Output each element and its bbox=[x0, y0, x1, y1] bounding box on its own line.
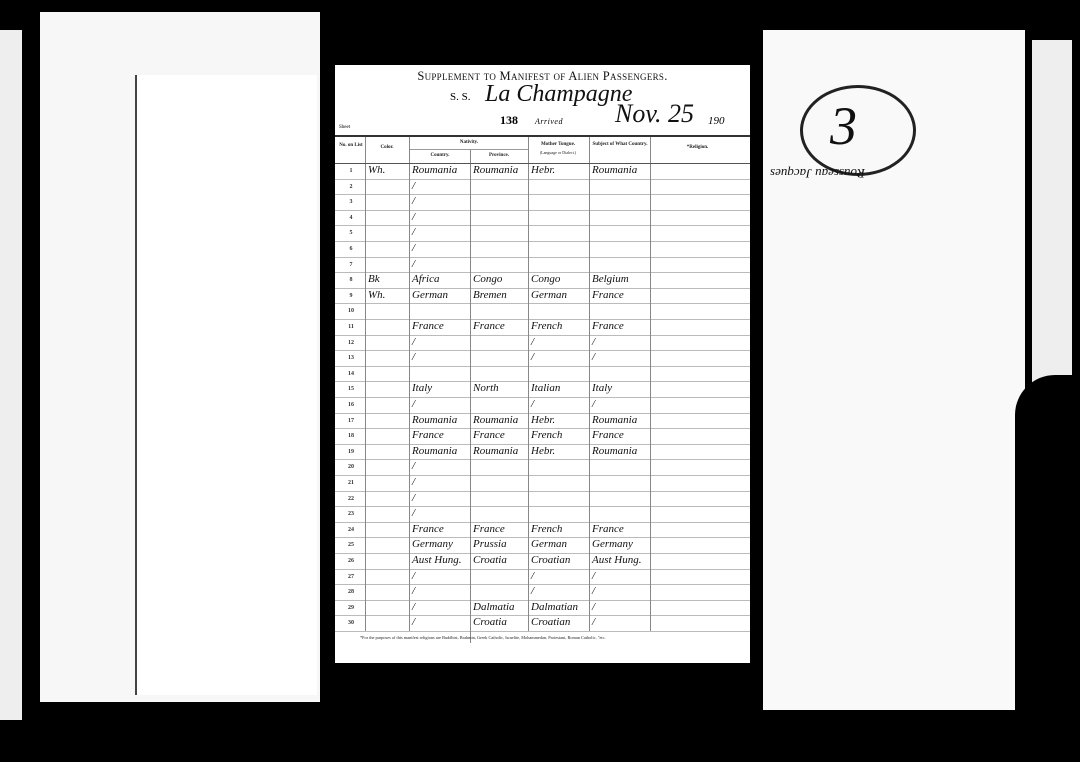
header-mother-tongue: Mother Tongue. bbox=[528, 142, 588, 147]
cell-country: Africa bbox=[412, 273, 440, 285]
column-divider bbox=[528, 137, 529, 631]
cell-tongue: / bbox=[531, 585, 534, 597]
right-page-notes: Rousseau Jacques bbox=[770, 165, 865, 181]
row-number: 10 bbox=[341, 308, 361, 314]
row-number: 15 bbox=[341, 386, 361, 392]
cell-tongue: Croatian bbox=[531, 554, 570, 566]
list-number: 138 bbox=[500, 113, 518, 128]
cell-subject: / bbox=[592, 336, 595, 348]
stamp-number: 3 bbox=[830, 95, 857, 157]
cell-country: / bbox=[412, 195, 415, 207]
cell-country: / bbox=[412, 507, 415, 519]
cell-tongue: French bbox=[531, 320, 562, 332]
cell-tongue: Hebr. bbox=[531, 445, 555, 457]
column-divider bbox=[650, 137, 651, 631]
footnote: *For the purposes of this manifest relig… bbox=[360, 635, 606, 640]
cell-subject: / bbox=[592, 570, 595, 582]
cell-province: Congo bbox=[473, 273, 502, 285]
cell-country: / bbox=[412, 601, 415, 613]
cell-tongue: German bbox=[531, 538, 567, 550]
cell-tongue: Dalmatian bbox=[531, 601, 578, 613]
cell-tongue: Hebr. bbox=[531, 164, 555, 176]
row-number: 20 bbox=[341, 464, 361, 470]
cell-country: / bbox=[412, 398, 415, 410]
row-line bbox=[335, 241, 750, 242]
cell-subject: Germany bbox=[592, 538, 633, 550]
cell-subject: Belgium bbox=[592, 273, 629, 285]
cell-country: / bbox=[412, 351, 415, 363]
cell-tongue: Croatian bbox=[531, 616, 570, 628]
row-number: 2 bbox=[341, 184, 361, 190]
row-line bbox=[335, 210, 750, 211]
ss-label: S. S. bbox=[450, 91, 471, 103]
cell-subject: France bbox=[592, 320, 624, 332]
cell-subject: Roumania bbox=[592, 164, 637, 176]
row-line bbox=[335, 491, 750, 492]
cell-country: / bbox=[412, 570, 415, 582]
ship-name: La Champagne bbox=[485, 81, 632, 108]
row-line bbox=[335, 350, 750, 351]
row-line bbox=[335, 569, 750, 570]
cell-subject: / bbox=[592, 616, 595, 628]
cell-country: / bbox=[412, 180, 415, 192]
cell-province: France bbox=[473, 523, 505, 535]
cell-subject: France bbox=[592, 429, 624, 441]
cell-color: Bk bbox=[368, 273, 380, 285]
header-mother-tongue-sub: (Language or Dialect.) bbox=[528, 150, 588, 155]
row-line bbox=[335, 475, 750, 476]
cell-country: / bbox=[412, 460, 415, 472]
row-line bbox=[335, 397, 750, 398]
column-divider bbox=[470, 149, 471, 643]
row-number: 9 bbox=[341, 293, 361, 299]
cell-color: Wh. bbox=[368, 289, 385, 301]
cell-country: Aust Hung. bbox=[412, 554, 462, 566]
row-number: 21 bbox=[341, 480, 361, 486]
row-number: 24 bbox=[341, 527, 361, 533]
cell-tongue: / bbox=[531, 570, 534, 582]
cell-subject: / bbox=[592, 585, 595, 597]
cell-tongue: German bbox=[531, 289, 567, 301]
row-number: 29 bbox=[341, 605, 361, 611]
year-prefix: 190 bbox=[708, 115, 725, 127]
row-line bbox=[335, 303, 750, 304]
row-number: 13 bbox=[341, 355, 361, 361]
row-number: 28 bbox=[341, 589, 361, 595]
cell-subject: Aust Hung. bbox=[592, 554, 642, 566]
column-divider bbox=[409, 137, 410, 631]
row-number: 4 bbox=[341, 215, 361, 221]
row-number: 1 bbox=[341, 168, 361, 174]
row-number: 12 bbox=[341, 340, 361, 346]
row-line bbox=[335, 584, 750, 585]
row-number: 19 bbox=[341, 449, 361, 455]
cell-subject: / bbox=[592, 398, 595, 410]
cell-province: Dalmatia bbox=[473, 601, 515, 613]
row-number: 14 bbox=[341, 371, 361, 377]
cell-subject: / bbox=[592, 351, 595, 363]
row-line bbox=[335, 366, 750, 367]
cell-country: / bbox=[412, 492, 415, 504]
cell-country: Germany bbox=[412, 538, 453, 550]
cell-country: / bbox=[412, 242, 415, 254]
cell-province: Prussia bbox=[473, 538, 507, 550]
cell-tongue: / bbox=[531, 398, 534, 410]
cell-province: France bbox=[473, 320, 505, 332]
cell-subject: Roumania bbox=[592, 445, 637, 457]
cell-country: Italy bbox=[412, 382, 432, 394]
cell-province: Croatia bbox=[473, 616, 507, 628]
cell-country: German bbox=[412, 289, 448, 301]
row-line bbox=[335, 257, 750, 258]
cell-country: Roumania bbox=[412, 414, 457, 426]
cell-tongue: Hebr. bbox=[531, 414, 555, 426]
row-number: 22 bbox=[341, 496, 361, 502]
row-line bbox=[335, 179, 750, 180]
cell-subject: France bbox=[592, 523, 624, 535]
cell-tongue: French bbox=[531, 429, 562, 441]
row-number: 7 bbox=[341, 262, 361, 268]
cell-country: / bbox=[412, 476, 415, 488]
header-subject: Subject of What Country. bbox=[590, 142, 650, 147]
row-line bbox=[335, 506, 750, 507]
header-religion: *Religion. bbox=[650, 145, 745, 150]
manifest-page: Supplement to Manifest of Alien Passenge… bbox=[335, 65, 750, 663]
cell-country: France bbox=[412, 523, 444, 535]
header-nativity: Nativity. bbox=[410, 140, 528, 145]
cell-subject: Roumania bbox=[592, 414, 637, 426]
cell-province: Bremen bbox=[473, 289, 507, 301]
header-no: No. on List bbox=[337, 143, 365, 148]
cell-tongue: Congo bbox=[531, 273, 560, 285]
cell-country: France bbox=[412, 429, 444, 441]
cell-province: France bbox=[473, 429, 505, 441]
cell-country: Roumania bbox=[412, 164, 457, 176]
arrived-label: Arrived bbox=[535, 117, 563, 126]
circle-stamp bbox=[800, 85, 916, 176]
row-line bbox=[335, 631, 750, 632]
row-number: 16 bbox=[341, 402, 361, 408]
cell-province: Croatia bbox=[473, 554, 507, 566]
row-number: 30 bbox=[341, 620, 361, 626]
cell-tongue: / bbox=[531, 351, 534, 363]
cell-subject: / bbox=[592, 601, 595, 613]
header-country: Country. bbox=[410, 153, 470, 158]
row-number: 23 bbox=[341, 511, 361, 517]
cell-country: / bbox=[412, 585, 415, 597]
cell-country: / bbox=[412, 336, 415, 348]
column-divider bbox=[589, 137, 590, 631]
column-divider bbox=[365, 137, 366, 631]
row-number: 18 bbox=[341, 433, 361, 439]
row-number: 8 bbox=[341, 277, 361, 283]
arrival-date: Nov. 25 bbox=[615, 99, 694, 129]
cell-province: Roumania bbox=[473, 164, 518, 176]
cell-tongue: Italian bbox=[531, 382, 560, 394]
cell-country: / bbox=[412, 226, 415, 238]
row-line bbox=[335, 459, 750, 460]
row-number: 26 bbox=[341, 558, 361, 564]
row-number: 3 bbox=[341, 199, 361, 205]
row-line bbox=[335, 194, 750, 195]
cell-subject: France bbox=[592, 289, 624, 301]
cell-country: / bbox=[412, 258, 415, 270]
row-number: 17 bbox=[341, 418, 361, 424]
cell-color: Wh. bbox=[368, 164, 385, 176]
row-line bbox=[335, 225, 750, 226]
cell-tongue: / bbox=[531, 336, 534, 348]
row-number: 25 bbox=[341, 542, 361, 548]
torn-edge bbox=[1015, 375, 1080, 735]
sheet-label: Sheet bbox=[339, 125, 350, 130]
cell-country: Roumania bbox=[412, 445, 457, 457]
cell-country: France bbox=[412, 320, 444, 332]
row-number: 5 bbox=[341, 230, 361, 236]
left-page-inner bbox=[135, 75, 317, 695]
cell-province: North bbox=[473, 382, 499, 394]
cell-province: Roumania bbox=[473, 445, 518, 457]
cell-tongue: French bbox=[531, 523, 562, 535]
cell-province: Roumania bbox=[473, 414, 518, 426]
header-province: Province. bbox=[470, 153, 528, 158]
left-page-edge bbox=[0, 30, 22, 720]
cell-country: / bbox=[412, 211, 415, 223]
row-number: 27 bbox=[341, 574, 361, 580]
header-divider bbox=[335, 163, 750, 164]
row-line bbox=[335, 335, 750, 336]
header-color: Color. bbox=[367, 145, 407, 150]
row-number: 6 bbox=[341, 246, 361, 252]
cell-country: / bbox=[412, 616, 415, 628]
cell-subject: Italy bbox=[592, 382, 612, 394]
row-number: 11 bbox=[341, 324, 361, 330]
nativity-divider bbox=[410, 149, 528, 150]
